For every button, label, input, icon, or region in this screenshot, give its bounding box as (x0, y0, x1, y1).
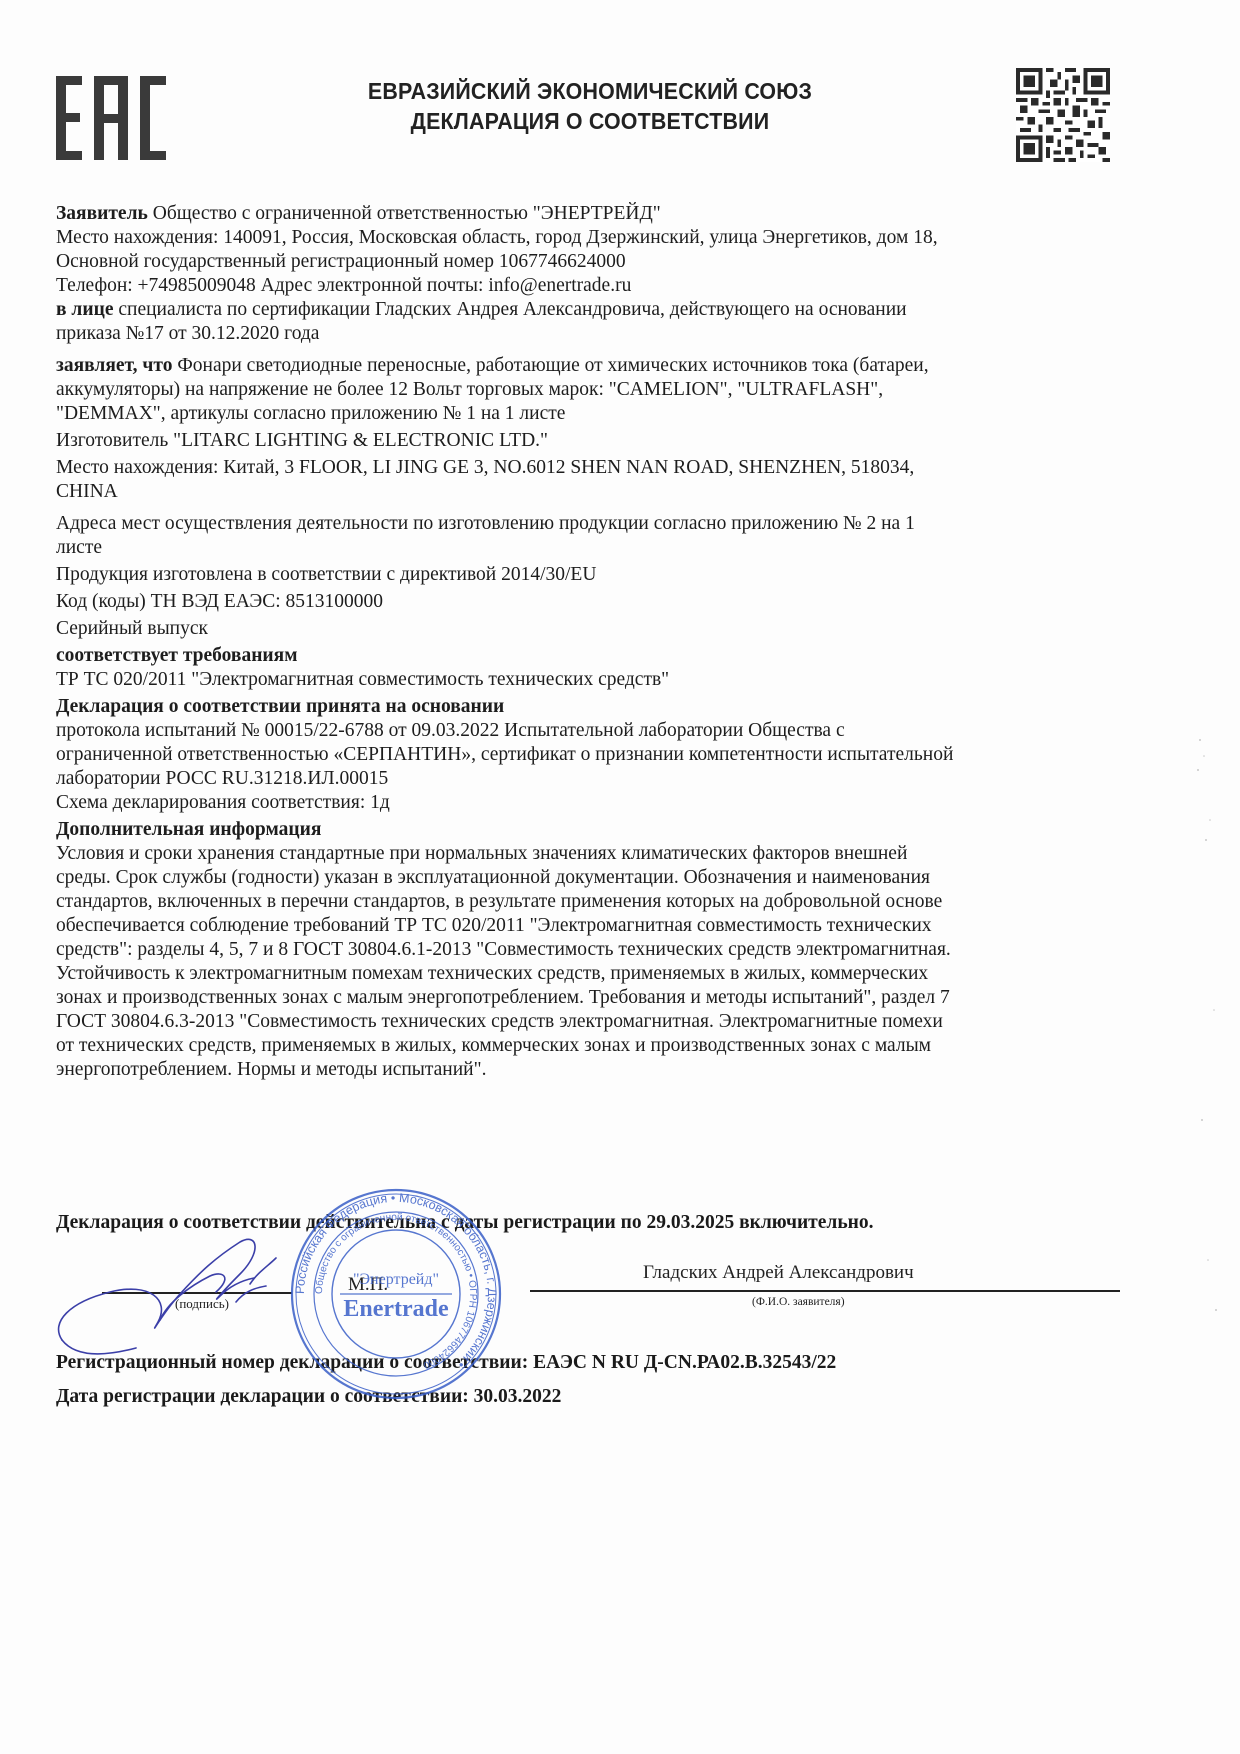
manufacturer-address-2: CHINA (56, 480, 1116, 504)
applicant-contacts: Телефон: +74985009048 Адрес электронной … (56, 274, 1116, 298)
applicant-section: Заявитель Общество с ограниченной ответс… (56, 202, 1116, 346)
product-line-2: аккумуляторы) на напряжение не более 12 … (56, 378, 1116, 402)
additional-info-line: ГОСТ 30804.6.3-2013 "Совместимость техни… (56, 1010, 1116, 1034)
basis-section: Декларация о соответствии принята на осн… (56, 695, 1116, 815)
eac-logo-icon (56, 76, 166, 160)
basis-heading: Декларация о соответствии принята на осн… (56, 695, 1116, 719)
additional-info-line: от технических средств, применяемых в жи… (56, 1034, 1116, 1058)
additional-info-line: стандартов, включенных в перечни стандар… (56, 890, 1116, 914)
additional-info-section: Дополнительная информация Условия и срок… (56, 818, 1116, 1082)
title-declaration: ДЕКЛАРАЦИЯ О СООТВЕТСТВИИ (274, 106, 906, 136)
declaration-page: ЕВРАЗИЙСКИЙ ЭКОНОМИЧЕСКИЙ СОЮЗ ДЕКЛАРАЦИ… (0, 0, 1240, 1754)
registration-number: Регистрационный номер декларации о соотв… (56, 1352, 836, 1374)
manufacturer-name: Изготовитель "LITARC LIGHTING & ELECTRON… (56, 429, 1116, 453)
declares-section: заявляет, что Фонари светодиодные перено… (56, 354, 1116, 426)
qr-code-icon[interactable] (1016, 68, 1110, 162)
applicant-label: Заявитель (56, 203, 148, 224)
signer-name: Гладских Андрей Александрович (643, 1262, 914, 1284)
requirements-heading: соответствует требованиям (56, 644, 1116, 668)
production-sites-2: листе (56, 536, 1116, 560)
declaration-scheme: Схема декларирования соответствия: 1д (56, 791, 1116, 815)
svg-text:Общество с ограниченной ответс: Общество с ограниченной ответственностью… (313, 1212, 478, 1371)
represented-by-order: приказа №17 от 30.12.2020 года (56, 322, 1116, 346)
production-type: Серийный выпуск (56, 617, 1116, 641)
production-sites-1: Адреса мест осуществления деятельности п… (56, 512, 1116, 536)
registration-date: Дата регистрации декларации о соответств… (56, 1386, 561, 1408)
additional-info-line: обеспечивается соблюдение требований ТР … (56, 914, 1116, 938)
signature-line (102, 1292, 292, 1294)
additional-info-line: среды. Срок службы (годности) указан в э… (56, 866, 1116, 890)
directive: Продукция изготовлена в соответствии с д… (56, 563, 1116, 587)
applicant-address: Место нахождения: 140091, Россия, Москов… (56, 226, 1116, 250)
applicant-name: Общество с ограниченной ответственностью… (148, 203, 661, 224)
additional-info-line: Условия и сроки хранения стандартные при… (56, 842, 1116, 866)
scan-artifacts (1180, 700, 1240, 1400)
additional-info-line: энергопотреблением. Нормы и методы испыт… (56, 1058, 1116, 1082)
validity-statement: Декларация о соответствии действительна … (56, 1212, 874, 1234)
document-title: ЕВРАЗИЙСКИЙ ЭКОНОМИЧЕСКИЙ СОЮЗ ДЕКЛАРАЦИ… (274, 76, 906, 136)
svg-text:Enertrade: Enertrade (343, 1296, 449, 1322)
signer-name-line (530, 1290, 1120, 1292)
additional-info-heading: Дополнительная информация (56, 818, 1116, 842)
requirements-section: соответствует требованиям ТР ТС 020/2011… (56, 644, 1116, 692)
additional-info-line: Устойчивость к электромагнитным помехам … (56, 962, 1116, 986)
signature-caption: (подпись) (175, 1296, 229, 1312)
product-line-3: "DEMMAX", артикулы согласно приложению №… (56, 402, 1116, 426)
manufacturer-address-1: Место нахождения: Китай, 3 FLOOR, LI JIN… (56, 456, 1116, 480)
hs-code: Код (коды) ТН ВЭД ЕАЭС: 8513100000 (56, 590, 1116, 614)
basis-line-1: протокола испытаний № 00015/22-6788 от 0… (56, 719, 1116, 743)
seal-label: М.П. (348, 1274, 388, 1296)
additional-info-line: зонах и производственных зонах с малым э… (56, 986, 1116, 1010)
represented-label: в лице (56, 299, 113, 320)
represented-by: специалиста по сертификации Гладских Анд… (113, 299, 906, 320)
basis-line-2: ограниченной ответственностью «СЕРПАНТИН… (56, 743, 1116, 767)
declares-label: заявляет, что (56, 355, 173, 376)
title-union: ЕВРАЗИЙСКИЙ ЭКОНОМИЧЕСКИЙ СОЮЗ (274, 76, 906, 106)
declaration-body: Заявитель Общество с ограниченной ответс… (56, 202, 1116, 1082)
basis-line-3: лаборатории РОСС RU.31218.ИЛ.00015 (56, 767, 1116, 791)
product-line-1: Фонари светодиодные переносные, работающ… (173, 355, 929, 376)
additional-info-line: средств": разделы 4, 5, 7 и 8 ГОСТ 30804… (56, 938, 1116, 962)
manufacturer-section: Изготовитель "LITARC LIGHTING & ELECTRON… (56, 429, 1116, 641)
signer-caption: (Ф.И.О. заявителя) (752, 1296, 845, 1308)
requirements-text: ТР ТС 020/2011 "Электромагнитная совмест… (56, 668, 1116, 692)
applicant-ogrn: Основной государственный регистрационный… (56, 250, 1116, 274)
